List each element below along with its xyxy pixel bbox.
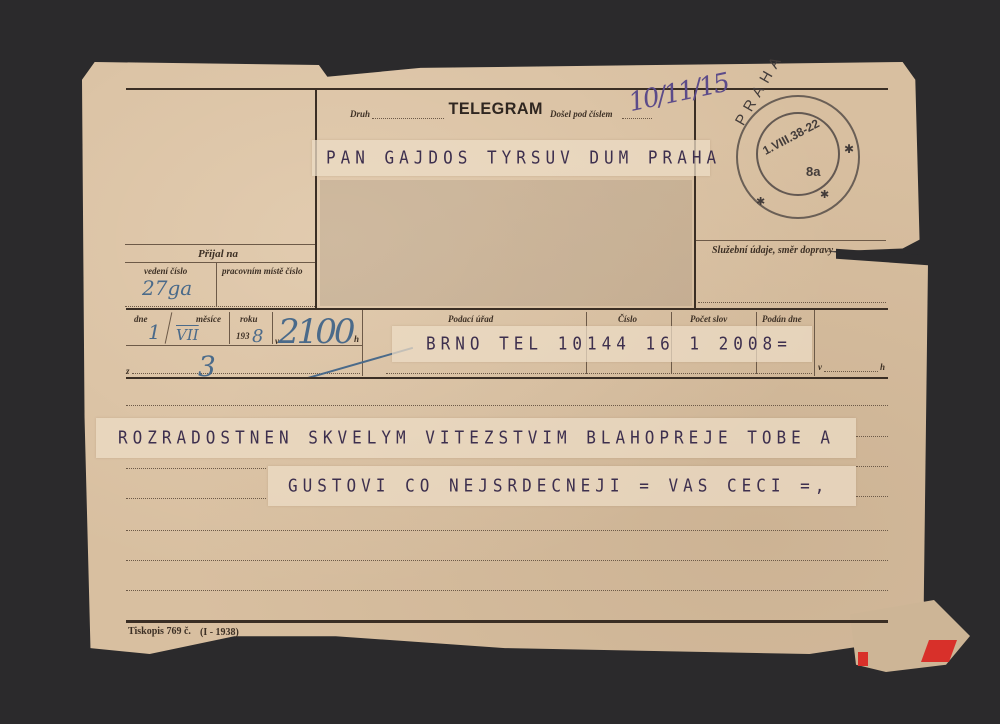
pocet-slov-label: Počet slov: [690, 314, 727, 324]
pracovnim-label: pracovním místě číslo: [222, 266, 303, 276]
h-label: h: [354, 334, 359, 344]
roku-prefix: 193: [236, 331, 250, 341]
prijal-divider: [216, 262, 217, 306]
sluzebni-dotted-line: [698, 302, 886, 303]
sluzebni-line: [696, 240, 886, 241]
dosel-field: [622, 118, 652, 119]
middle-rule: [126, 308, 888, 310]
address-tape: PAN GAJDOS TYRSUV DUM PRAHA: [326, 147, 721, 168]
date-block-divider: [362, 310, 363, 376]
mesice-divider: [229, 312, 230, 344]
message-line: [856, 466, 888, 467]
roku-value-handwritten: 8: [252, 326, 263, 347]
message-line: [856, 496, 888, 497]
roku-divider: [272, 312, 273, 344]
form-title: TELEGRAM: [448, 99, 542, 119]
top-rule: [126, 88, 888, 90]
postmark-star-icon: ✱: [844, 142, 854, 156]
z-label: z: [126, 366, 130, 376]
druh-label: Druh: [350, 109, 370, 119]
roku-label: roku: [240, 314, 258, 324]
header-bottom-rule: [126, 377, 888, 379]
cislo-label: Číslo: [618, 314, 637, 324]
message-line: [126, 560, 888, 561]
prijal-bottom-line: [125, 262, 315, 263]
header-tape: BRNO TEL 10144 16 1 2008=: [426, 333, 792, 354]
podaci-urad-label: Podací úřad: [448, 314, 493, 324]
prijal-top-line: [125, 244, 315, 245]
red-stain: [858, 652, 868, 666]
right-box-divider: [694, 90, 696, 308]
right-field-divider: [814, 310, 815, 376]
vedeni-value-handwritten: 27ga: [142, 276, 192, 300]
message-line-1: ROZRADOSTNEN SKVELYM VITEZSTVIM BLAHOPRE…: [118, 427, 835, 448]
prijal-label: Přijal na: [198, 248, 238, 260]
footer-form-number: Tiskopis 769 č.: [128, 626, 191, 637]
time-value-handwritten: 2100: [278, 312, 353, 352]
header-dotted-line: [386, 373, 812, 374]
prijal-dotted-line: [125, 306, 315, 307]
message-line: [126, 530, 888, 531]
podan-dne-label: Podán dne: [762, 314, 802, 324]
dne-label: dne: [134, 314, 148, 324]
vedeni-label: vedení číslo: [144, 266, 187, 276]
postmark-star-icon: ✱: [756, 195, 765, 208]
postmark-star-icon: ✱: [820, 188, 829, 201]
postmark-office: 8a: [806, 164, 820, 179]
dne-value-handwritten: 1: [148, 320, 161, 344]
h2-label: h: [880, 362, 885, 372]
message-line: [856, 436, 888, 437]
mesice-value-handwritten: VII: [176, 326, 199, 344]
sluzebni-label: Služební údaje, směr dopravy: [712, 245, 833, 256]
footer-rule: [126, 620, 888, 623]
message-line: [126, 590, 888, 591]
dosel-label: Došel pod číslem: [550, 109, 613, 119]
message-line: [126, 468, 266, 469]
footer-edition: (I - 1938): [200, 627, 239, 638]
date-row-line: [126, 345, 362, 346]
mesice-label: měsíce: [196, 314, 221, 324]
druh-field: [372, 118, 444, 119]
message-line: [126, 405, 888, 406]
message-line-2: GUSTOVI CO NEJSRDECNEJI = VAS CECI =,: [288, 475, 829, 496]
v2-label: v: [818, 362, 822, 372]
message-line: [126, 498, 266, 499]
center-blank-box: [320, 180, 692, 306]
v2-field: [824, 371, 878, 372]
left-box-divider: [315, 90, 317, 308]
